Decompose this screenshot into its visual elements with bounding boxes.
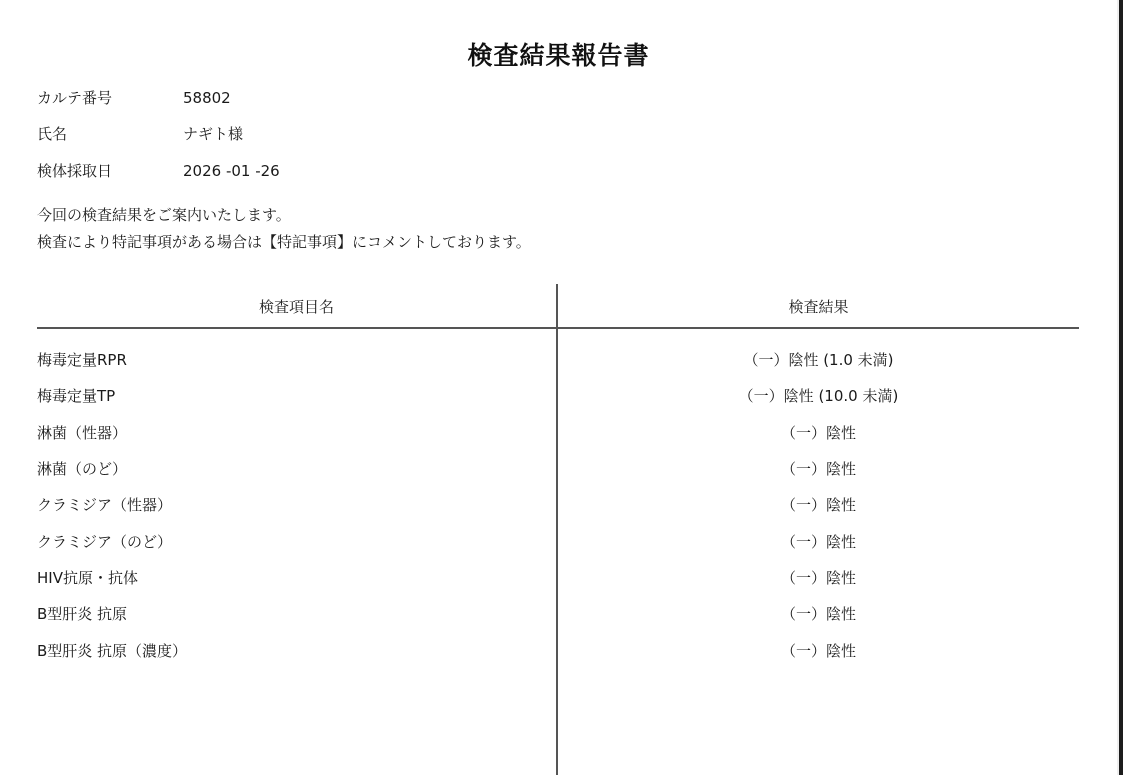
column-header-test-result: 検査結果 [558,297,1079,317]
test-result: （一）陰性 [558,640,1079,662]
test-result: （一）陰性 [558,458,1079,480]
test-name: クラミジア（のど） [37,531,172,553]
header-divider [37,327,1079,329]
table-row: 淋菌（性器） （一）陰性 [0,422,1117,444]
table-row: 梅毒定量TP （一）陰性 (10.0 未満) [0,385,1117,407]
patient-name-label: 氏名 [37,124,177,144]
test-result: （一）陰性 [558,567,1079,589]
test-name: クラミジア（性器） [37,494,172,516]
column-header-test-name: 検査項目名 [37,297,556,317]
intro-line-1: 今回の検査結果をご案内いたします。 [37,205,291,225]
test-name: 梅毒定量RPR [37,349,127,371]
test-result: （一）陰性 (10.0 未満) [558,385,1079,407]
chart-number-label: カルテ番号 [37,88,177,108]
table-row: 淋菌（のど） （一）陰性 [0,458,1117,480]
test-name: 淋菌（のど） [37,458,127,480]
intro-line-2: 検査により特記事項がある場合は【特記事項】にコメントしております。 [37,232,531,252]
table-row: 梅毒定量RPR （一）陰性 (1.0 未満) [0,349,1117,371]
test-name: HIV抗原・抗体 [37,567,138,589]
test-result: （一）陰性 [558,603,1079,625]
table-row: B型肝炎 抗原（濃度） （一）陰性 [0,640,1117,662]
table-row: B型肝炎 抗原 （一）陰性 [0,603,1117,625]
test-result: （一）陰性 (1.0 未満) [558,349,1079,371]
report-page: 検査結果報告書 カルテ番号 58802 氏名 ナギト様 検体採取日 2026 -… [0,0,1117,775]
test-name: B型肝炎 抗原 [37,603,127,625]
collection-date-value: 2026 -01 -26 [183,161,280,181]
test-name: B型肝炎 抗原（濃度） [37,640,187,662]
table-row: クラミジア（性器） （一）陰性 [0,494,1117,516]
report-title: 検査結果報告書 [0,36,1117,72]
collection-date-label: 検体採取日 [37,161,177,181]
viewer-border [1119,0,1123,775]
test-name: 淋菌（性器） [37,422,127,444]
table-row: クラミジア（のど） （一）陰性 [0,531,1117,553]
test-result: （一）陰性 [558,531,1079,553]
patient-name-value: ナギト様 [183,124,243,144]
chart-number-value: 58802 [183,88,231,108]
test-name: 梅毒定量TP [37,385,115,407]
table-row: HIV抗原・抗体 （一）陰性 [0,567,1117,589]
test-result: （一）陰性 [558,494,1079,516]
test-result: （一）陰性 [558,422,1079,444]
